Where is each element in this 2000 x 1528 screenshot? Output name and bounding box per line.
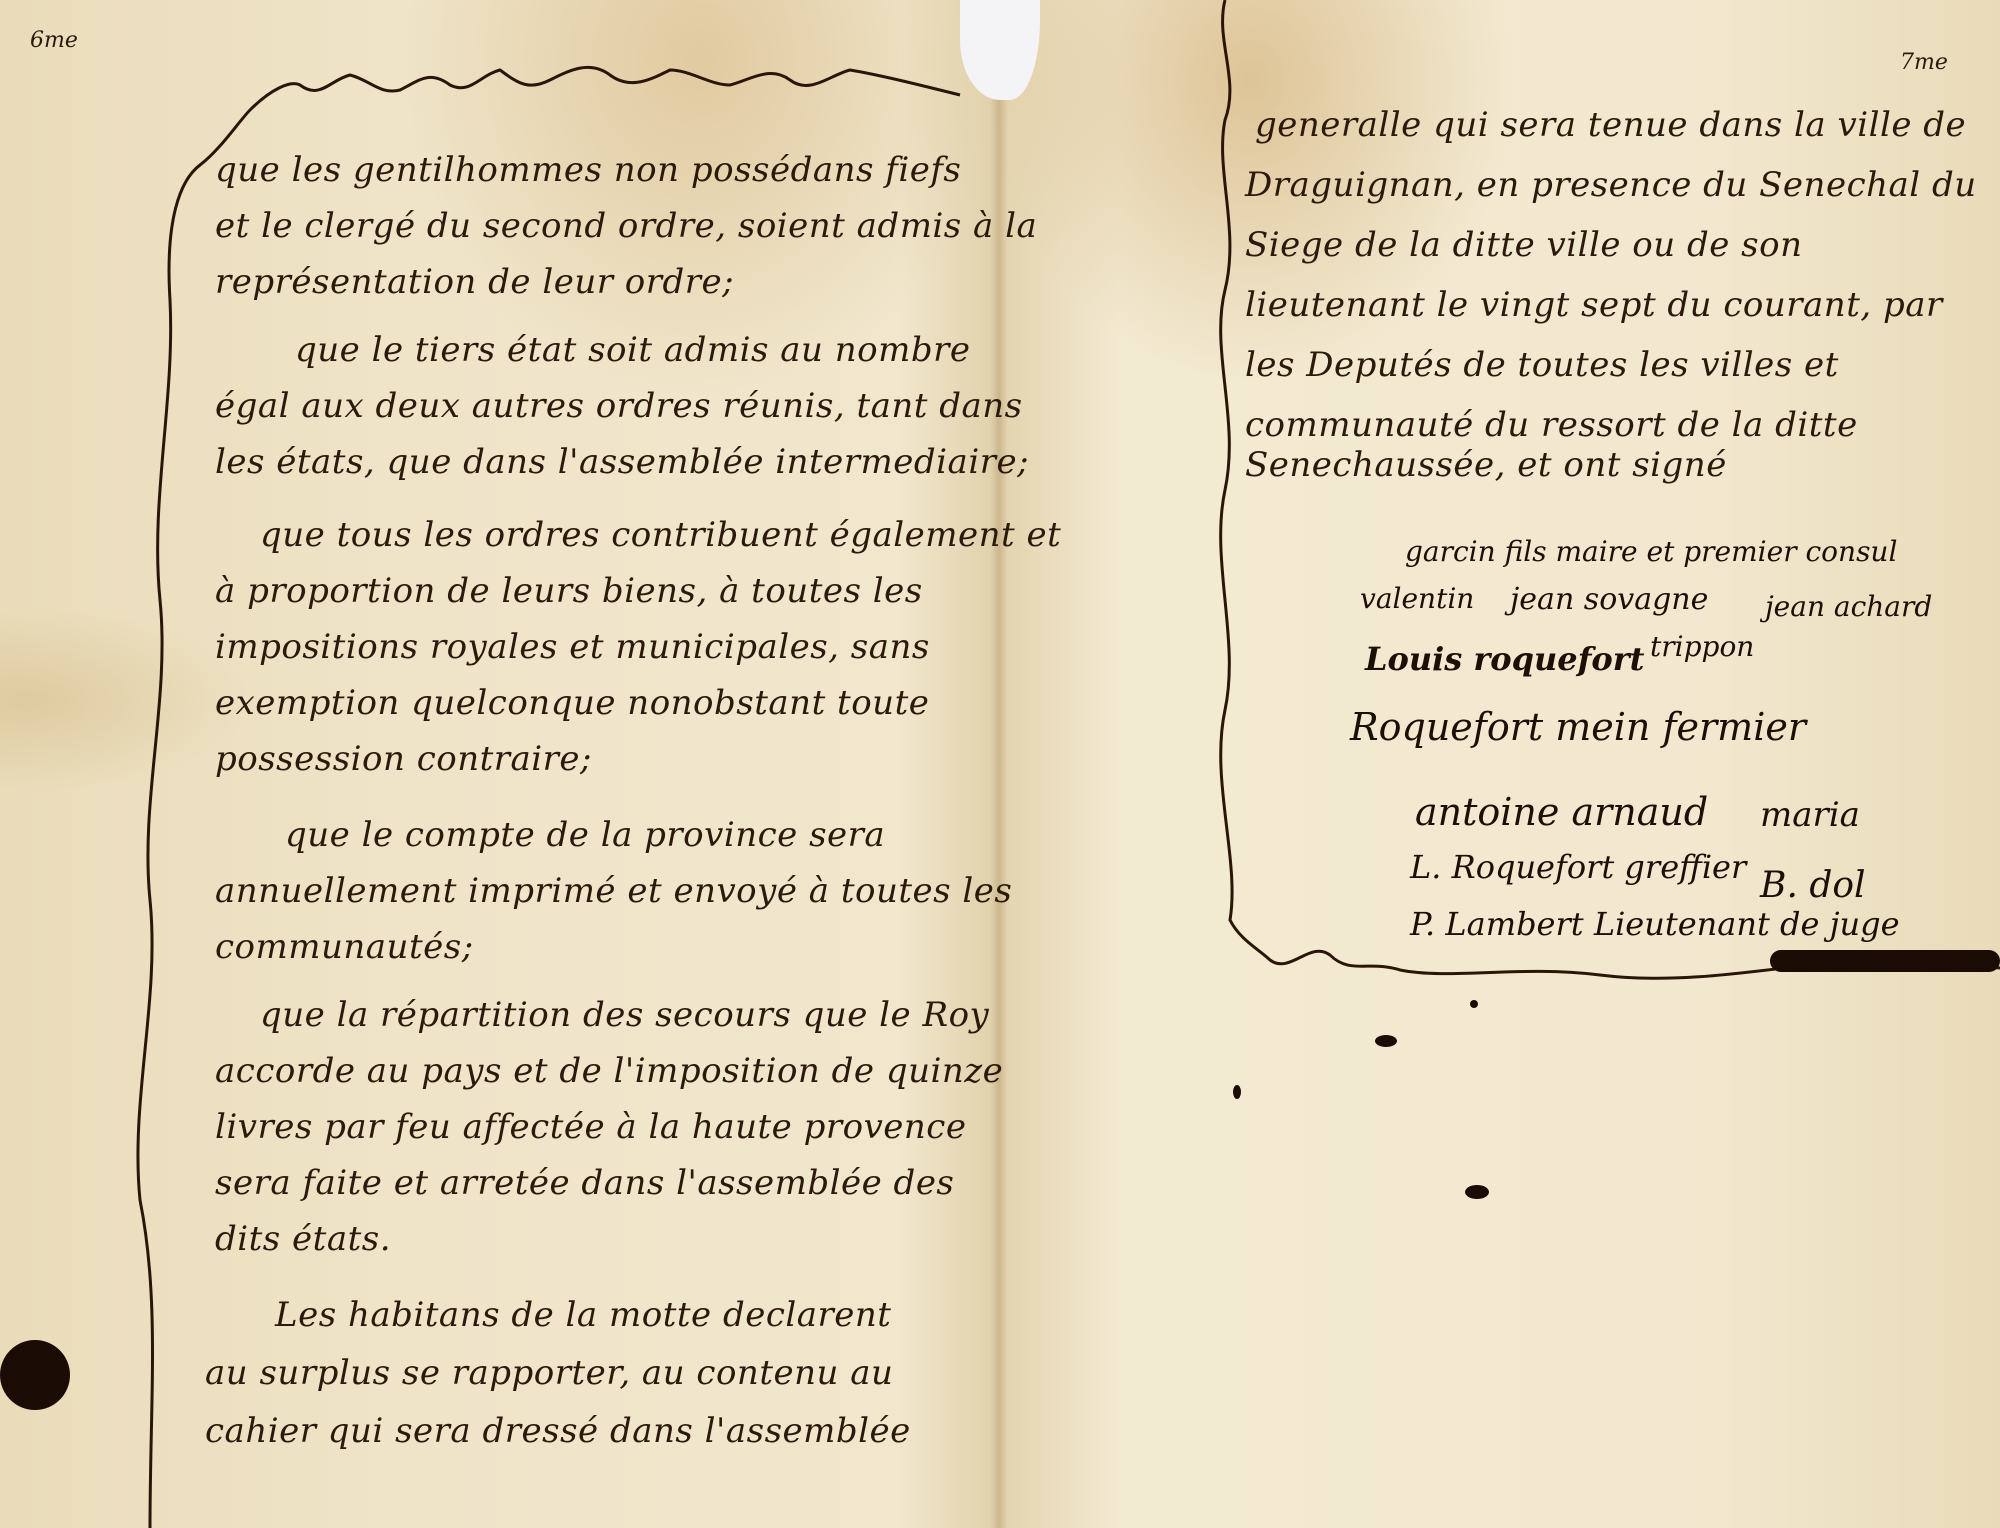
text-line: que tous les ordres contribuent égalemen…: [260, 515, 1061, 555]
text-line: accorde au pays et de l'imposition de qu…: [215, 1051, 1003, 1091]
signature: antoine arnaud: [1415, 790, 1708, 834]
text-line: Siege de la ditte ville ou de son: [1245, 225, 1802, 265]
text-line: que la répartition des secours que le Ro…: [260, 995, 989, 1035]
text-line: les Deputés de toutes les villes et: [1245, 345, 1839, 385]
text-line: que le compte de la province sera: [285, 815, 885, 855]
signature: L. Roquefort greffier: [1410, 848, 1746, 886]
ink-blot: [1465, 1185, 1489, 1199]
signature: valentin: [1360, 582, 1474, 615]
text-line: les états, que dans l'assemblée intermed…: [215, 442, 1029, 482]
right-page-number: 7me: [1900, 50, 1948, 75]
signature: garcin fils maire et premier consul: [1405, 535, 1897, 568]
ink-blot: [1375, 1035, 1397, 1047]
text-line: cahier qui sera dressé dans l'assemblée: [205, 1411, 911, 1451]
ink-blot: [1470, 1000, 1478, 1008]
signature: trippon: [1650, 630, 1754, 663]
text-line: que le tiers état soit admis au nombre: [295, 330, 970, 370]
text-line: exemption quelconque nonobstant toute: [215, 683, 929, 723]
text-line: et le clergé du second ordre, soient adm…: [215, 206, 1037, 246]
text-line: à proportion de leurs biens, à toutes le…: [215, 571, 923, 611]
text-line: generalle qui sera tenue dans la ville d…: [1255, 105, 1966, 145]
text-line: dits états.: [215, 1219, 391, 1259]
text-line: Senechaussée, et ont signé: [1245, 445, 1727, 485]
text-line: que les gentilhommes non possédans fiefs: [215, 150, 961, 190]
signature: maria: [1760, 795, 1860, 835]
signature: jean sovagne: [1510, 582, 1708, 617]
signature: P. Lambert Lieutenant de juge: [1410, 905, 1900, 943]
signature: Roquefort mein fermier: [1350, 705, 1806, 749]
text-line: impositions royales et municipales, sans: [215, 627, 930, 667]
text-line: Les habitans de la motte declarent: [275, 1295, 891, 1335]
text-line: lieutenant le vingt sept du courant, par: [1245, 285, 1943, 325]
signature: jean achard: [1765, 590, 1932, 623]
text-line: au surplus se rapporter, au contenu au: [205, 1353, 893, 1393]
ink-blot: [0, 1340, 70, 1410]
text-line: annuellement imprimé et envoyé à toutes …: [215, 871, 1012, 911]
left-page-number: 6me: [30, 28, 78, 53]
text-line: Draguignan, en presence du Senechal du: [1245, 165, 1977, 205]
text-line: sera faite et arretée dans l'assemblée d…: [215, 1163, 954, 1203]
text-line: communautés;: [215, 927, 474, 967]
ink-blot: [1233, 1085, 1241, 1099]
text-line: possession contraire;: [215, 739, 592, 779]
text-line: représentation de leur ordre;: [215, 262, 734, 302]
signature: B. dol: [1760, 865, 1866, 906]
text-line: livres par feu affectée à la haute prove…: [215, 1107, 966, 1147]
text-line: égal aux deux autres ordres réunis, tant…: [215, 386, 1023, 426]
signature: Louis roquefort: [1365, 640, 1644, 678]
ink-blot: [1770, 950, 2000, 972]
text-line: communauté du ressort de la ditte: [1245, 405, 1858, 445]
